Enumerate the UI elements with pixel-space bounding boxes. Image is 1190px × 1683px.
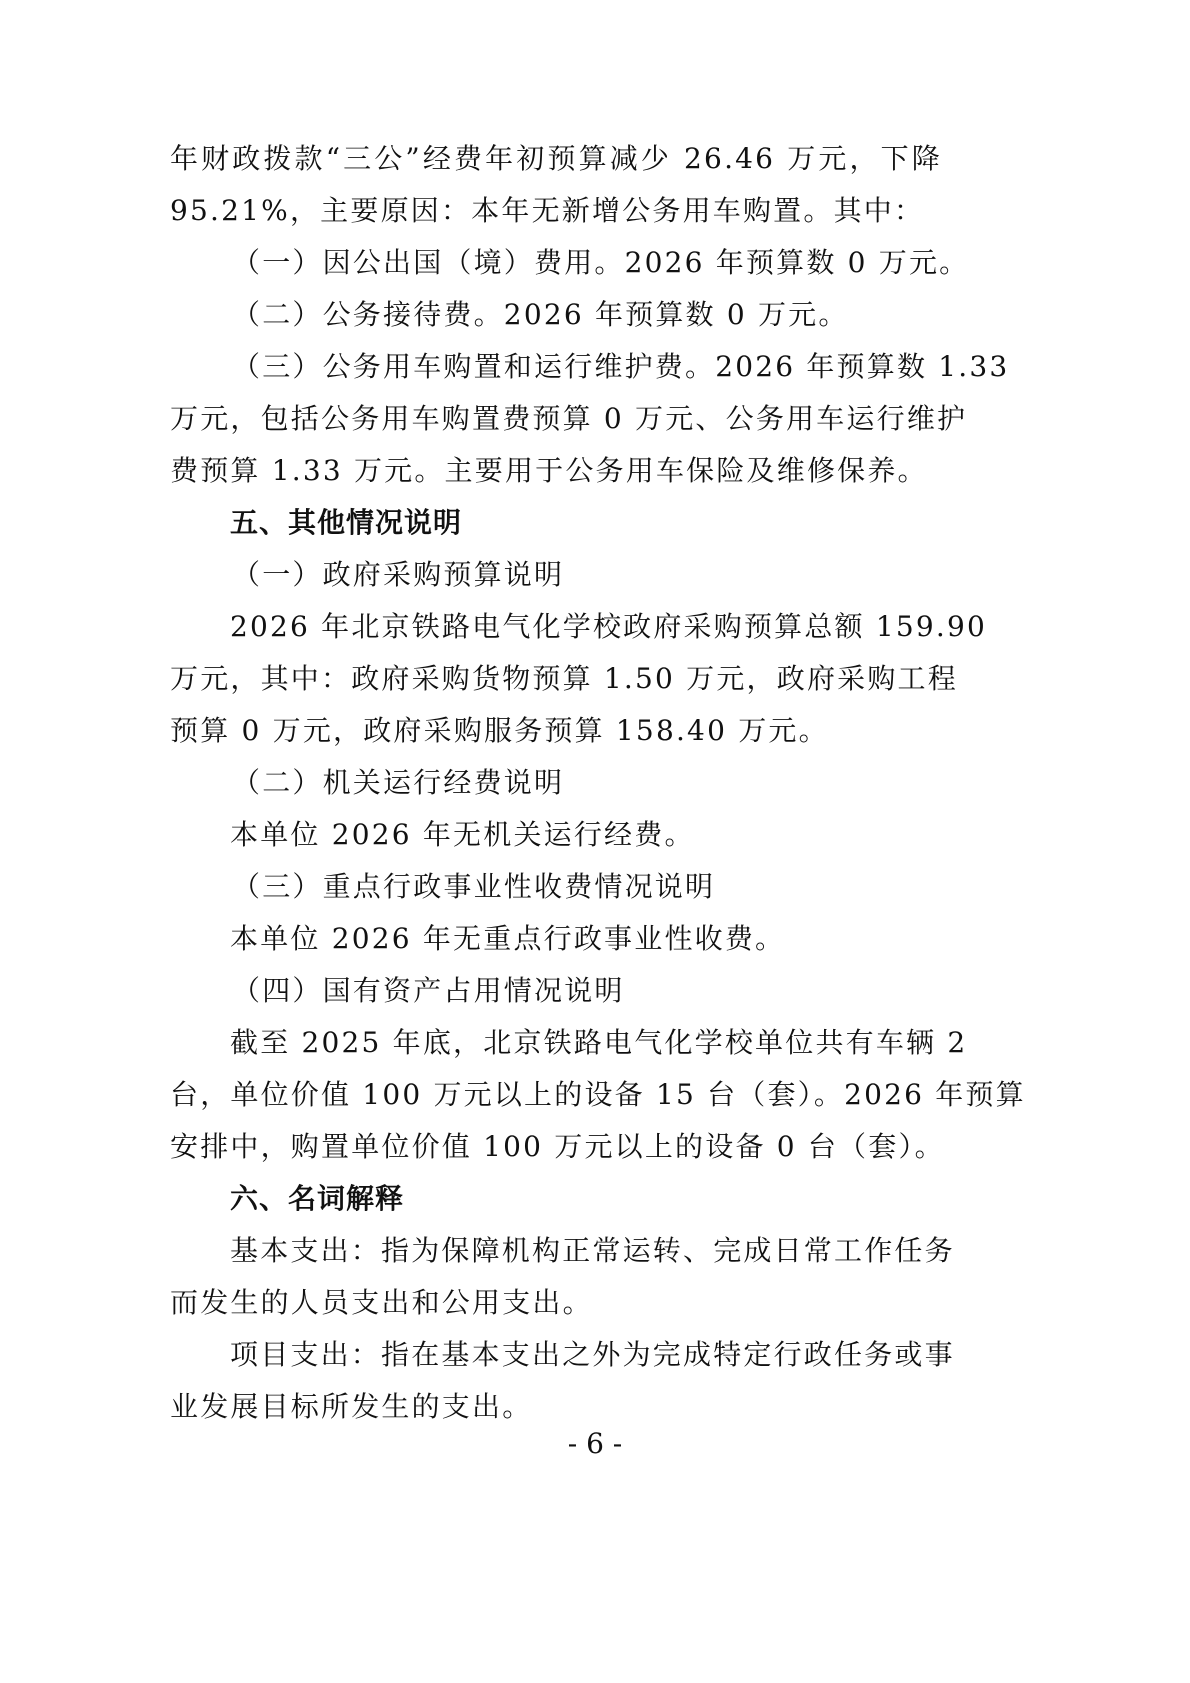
subsection-heading: （一）政府采购预算说明	[232, 555, 1004, 595]
paragraph-line: 项目支出：指在基本支出之外为完成特定行政任务或事	[230, 1335, 942, 1375]
subsection-line: （二）公务接待费。2026 年预算数 0 万元。	[232, 295, 1004, 335]
paragraph-line: 基本支出：指为保障机构正常运转、完成日常工作任务	[230, 1231, 942, 1271]
section-heading-5: 五、其他情况说明	[230, 503, 942, 543]
page-number: - 6 -	[0, 1424, 1190, 1464]
paragraph-line: 截至 2025 年底，北京铁路电气化学校单位共有车辆 2	[230, 1023, 942, 1063]
subsection-line: （一）因公出国（境）费用。2026 年预算数 0 万元。	[232, 243, 1004, 283]
paragraph-line: 2026 年北京铁路电气化学校政府采购预算总额 159.90	[230, 607, 942, 647]
document-page: 年财政拨款“三公”经费年初预算减少 26.46 万元，下降 95.21%，主要原…	[0, 0, 1190, 1683]
paragraph-line: 万元，包括公务用车购置费预算 0 万元、公务用车运行维护	[170, 399, 942, 439]
paragraph-line: 95.21%，主要原因：本年无新增公务用车购置。其中：	[170, 191, 942, 231]
subsection-heading: （二）机关运行经费说明	[232, 763, 1004, 803]
subsection-line: （三）公务用车购置和运行维护费。2026 年预算数 1.33	[232, 347, 942, 387]
paragraph-line: 而发生的人员支出和公用支出。	[170, 1283, 942, 1323]
section-heading-6: 六、名词解释	[230, 1179, 942, 1219]
subsection-heading: （四）国有资产占用情况说明	[232, 971, 1004, 1011]
subsection-heading: （三）重点行政事业性收费情况说明	[232, 867, 1004, 907]
paragraph-line: 台，单位价值 100 万元以上的设备 15 台（套）。2026 年预算	[170, 1075, 942, 1115]
paragraph-line: 本单位 2026 年无重点行政事业性收费。	[230, 919, 942, 959]
paragraph-line: 万元，其中：政府采购货物预算 1.50 万元，政府采购工程	[170, 659, 942, 699]
paragraph-line: 年财政拨款“三公”经费年初预算减少 26.46 万元，下降	[170, 139, 942, 179]
paragraph-line: 预算 0 万元，政府采购服务预算 158.40 万元。	[170, 711, 942, 751]
paragraph-line: 安排中，购置单位价值 100 万元以上的设备 0 台（套）。	[170, 1127, 942, 1167]
paragraph-line: 本单位 2026 年无机关运行经费。	[230, 815, 942, 855]
paragraph-line: 费预算 1.33 万元。主要用于公务用车保险及维修保养。	[170, 451, 942, 491]
paragraph-line: 业发展目标所发生的支出。	[170, 1387, 942, 1427]
